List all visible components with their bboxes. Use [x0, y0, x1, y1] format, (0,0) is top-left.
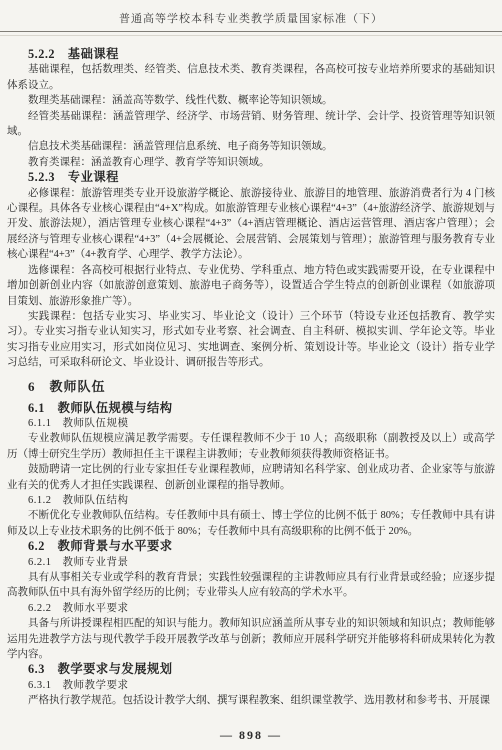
- document-page: 普通高等学校本科专业类教学质量国家标准（下） 5.2.2 基础课程 基础课程，包…: [0, 0, 502, 750]
- para-industry-experts: 鼓励聘请一定比例的行业专家担任专业课程教师，应聘请知名科学家、创业成功者、企业家…: [7, 462, 495, 493]
- para-basic-courses-intro: 基础课程，包括数理类、经管类、信息技术类、教育类课程，各高校可按专业培养所要求的…: [7, 62, 495, 93]
- document-body: 5.2.2 基础课程 基础课程，包括数理类、经管类、信息技术类、教育类课程，各高…: [7, 47, 495, 709]
- para-econ-mgmt-courses: 经管类基础课程：涵盖管理学、经济学、市场营销、财务管理、统计学、会计学、投资管理…: [7, 109, 495, 140]
- heading-6-1: 6.1 教师队伍规模与结构: [7, 401, 495, 416]
- heading-6-2-2: 6.2.2 教师水平要求: [7, 601, 495, 616]
- heading-6-1-1: 6.1.1 教师队伍规模: [7, 416, 495, 431]
- heading-5-2-2: 5.2.2 基础课程: [7, 47, 495, 62]
- heading-6: 6 教师队伍: [7, 378, 495, 395]
- heading-5-2-3: 5.2.3 专业课程: [7, 170, 495, 185]
- heading-6-3: 6.3 教学要求与发展规划: [7, 662, 495, 677]
- para-teaching-requirements: 严格执行教学规范。包括设计教学大纲、撰写课程教案、组织课堂教学、选用教材和参考书…: [7, 693, 495, 708]
- para-math-science-courses: 数理类基础课程：涵盖高等数学、线性代数、概率论等知识领域。: [7, 93, 495, 108]
- para-teacher-competence: 具备与所讲授课程相匹配的知识与能力。教师知识应涵盖所从事专业的知识领域和知识点；…: [7, 616, 495, 662]
- heading-6-3-1: 6.3.1 教师教学要求: [7, 678, 495, 693]
- para-required-courses: 必修课程：旅游管理类专业开设旅游学概论、旅游接待业、旅游目的地管理、旅游消费者行…: [7, 186, 495, 263]
- para-elective-courses: 选修课程：各高校可根据行业特点、专业优势、学科重点、地方特色或实践需要开设，在专…: [7, 263, 495, 309]
- para-it-courses: 信息技术类基础课程：涵盖管理信息系统、电子商务等知识领域。: [7, 139, 495, 154]
- heading-6-2-1: 6.2.1 教师专业背景: [7, 555, 495, 570]
- running-header-title: 普通高等学校本科专业类教学质量国家标准（下）: [7, 10, 495, 31]
- para-faculty-structure: 不断优化专业教师队伍结构。专任教师中具有硕士、博士学位的比例不低于 80%；专任…: [7, 508, 495, 539]
- heading-6-1-2: 6.1.2 教师队伍结构: [7, 493, 495, 508]
- para-teacher-background: 具有从事相关专业或学科的教育背景；实践性较强课程的主讲教师应具有行业背景或经验；…: [7, 570, 495, 601]
- page-number: — 898 —: [0, 728, 502, 743]
- para-faculty-size: 专业教师队伍规模应满足教学需要。专任课程教师不少于 10 人；高级职称（副教授及…: [7, 431, 495, 462]
- para-education-courses: 教育类课程：涵盖教育心理学、教育学等知识领域。: [7, 155, 495, 170]
- header-rule: [0, 31, 502, 36]
- heading-6-2: 6.2 教师背景与水平要求: [7, 539, 495, 554]
- para-practice-courses: 实践课程：包括专业实习、毕业实习、毕业论文（设计）三个环节（特设专业还包括教育、…: [7, 309, 495, 371]
